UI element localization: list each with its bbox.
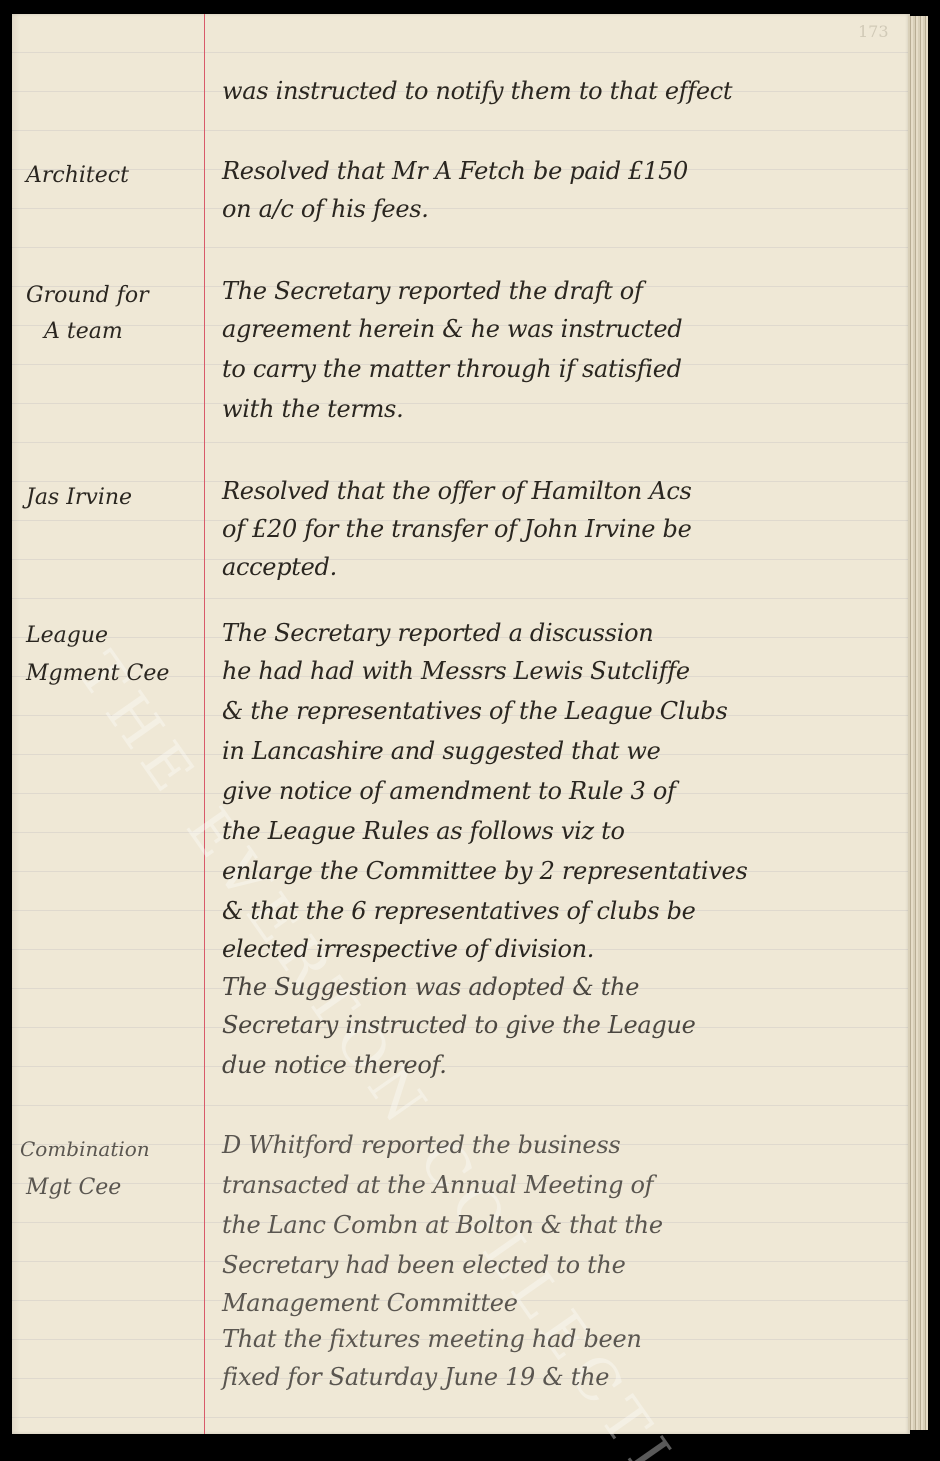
minute-line: due notice thereof. — [222, 1046, 447, 1085]
minute-line: on a/c of his fees. — [222, 190, 429, 229]
minute-line: D Whitford reported the business — [222, 1126, 620, 1165]
minute-line: was instructed to notify them to that ef… — [222, 72, 732, 111]
minute-line: The Suggestion was adopted & the — [222, 968, 639, 1007]
minute-line: give notice of amendment to Rule 3 of — [222, 772, 676, 811]
minute-line: the Lanc Combn at Bolton & that the — [222, 1206, 663, 1245]
minute-line: fixed for Saturday June 19 & the — [222, 1358, 609, 1397]
minute-line: he had had with Messrs Lewis Sutcliffe — [222, 652, 690, 691]
minute-line: Secretary had been elected to the — [222, 1246, 625, 1285]
minute-line: Resolved that Mr A Fetch be paid £150 — [222, 152, 688, 191]
minute-line: transacted at the Annual Meeting of — [222, 1166, 653, 1205]
book-page-edges — [908, 16, 928, 1430]
minute-line: enlarge the Committee by 2 representativ… — [222, 852, 747, 891]
minute-line: agreement herein & he was instructed — [222, 310, 682, 349]
minute-line: Secretary instructed to give the League — [222, 1006, 696, 1045]
margin-rule — [204, 14, 205, 1434]
margin-heading: Mgt Cee — [26, 1168, 121, 1207]
minute-line: to carry the matter through if satisfied — [222, 350, 682, 389]
margin-heading: Mgment Cee — [26, 654, 169, 693]
minute-line: of £20 for the transfer of John Irvine b… — [222, 510, 691, 549]
margin-heading: Combination — [20, 1130, 150, 1169]
minute-line: & the representatives of the League Club… — [222, 692, 727, 731]
minute-line: the League Rules as follows viz to — [222, 812, 625, 851]
margin-heading: League — [26, 616, 108, 655]
margin-heading: Architect — [26, 156, 129, 195]
margin-heading: Jas Irvine — [26, 478, 132, 517]
minute-line: & that the 6 representatives of clubs be — [222, 892, 696, 931]
minute-line: Management Committee — [222, 1284, 518, 1323]
minute-line: with the terms. — [222, 390, 403, 429]
minute-line: The Secretary reported a discussion — [222, 614, 653, 653]
margin-heading: Ground for — [26, 276, 149, 315]
margin-heading: A team — [44, 312, 123, 351]
minute-line: elected irrespective of division. — [222, 930, 594, 969]
minute-line: That the fixtures meeting had been — [222, 1320, 642, 1359]
minute-line: The Secretary reported the draft of — [222, 272, 643, 311]
page-number: 173 — [858, 22, 889, 41]
minute-line: in Lancashire and suggested that we — [222, 732, 661, 771]
minute-line: Resolved that the offer of Hamilton Acs — [222, 472, 691, 511]
minute-line: accepted. — [222, 548, 337, 587]
